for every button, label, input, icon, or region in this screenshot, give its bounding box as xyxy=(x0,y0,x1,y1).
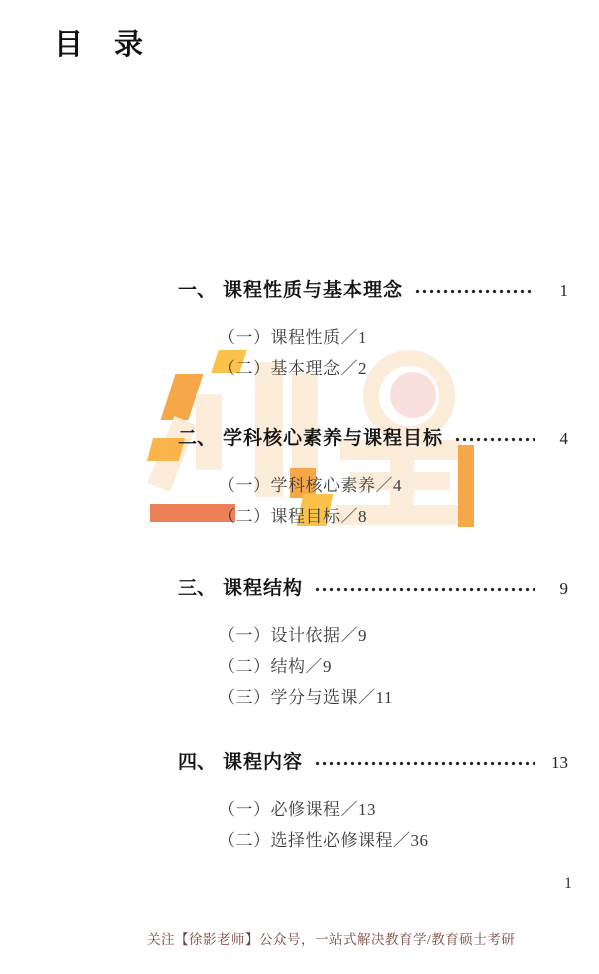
toc-section-1: 一、 课程性质与基本理念 1 （一）课程性质／1 （二）基本理念／2 xyxy=(178,279,568,384)
chapter-page-number: 1 xyxy=(544,280,568,302)
chapter-number: 二、 xyxy=(178,427,223,449)
sub-entry-list: （一）设计依据／9 （二）结构／9 （三）学分与选课／11 xyxy=(178,620,568,713)
toc-sub-entry[interactable]: （二）选择性必修课程／36 xyxy=(218,825,568,856)
dot-leader xyxy=(414,279,535,302)
toc-entry-chapter-2[interactable]: 二、 学科核心素养与课程目标 4 xyxy=(178,427,568,450)
chapter-number: 三、 xyxy=(178,577,223,599)
toc-entry-chapter-1[interactable]: 一、 课程性质与基本理念 1 xyxy=(178,279,568,302)
toc-sub-entry[interactable]: （三）学分与选课／11 xyxy=(218,682,568,713)
dot-leader xyxy=(314,751,535,774)
toc-sub-entry[interactable]: （二）结构／9 xyxy=(218,651,568,682)
chapter-title: 课程结构 xyxy=(223,577,303,599)
sub-entry-list: （一）学科核心素养／4 （二）课程目标／8 xyxy=(178,470,568,532)
chapter-title: 学科核心素养与课程目标 xyxy=(223,427,443,449)
toc-sub-entry[interactable]: （一）课程性质／1 xyxy=(218,322,568,353)
chapter-page-number: 9 xyxy=(544,578,568,600)
toc-sub-entry[interactable]: （一）设计依据／9 xyxy=(218,620,568,651)
toc-sub-entry[interactable]: （一）必修课程／13 xyxy=(218,794,568,825)
chapter-title: 课程内容 xyxy=(223,751,303,773)
chapter-page-number: 13 xyxy=(544,752,568,774)
chapter-page-number: 4 xyxy=(544,428,568,450)
toc-entry-chapter-4[interactable]: 四、 课程内容 13 xyxy=(178,751,568,774)
toc-entry-chapter-3[interactable]: 三、 课程结构 9 xyxy=(178,577,568,600)
dot-leader xyxy=(314,577,535,600)
toc-sub-entry[interactable]: （二）课程目标／8 xyxy=(218,501,568,532)
toc-sub-entry[interactable]: （一）学科核心素养／4 xyxy=(218,470,568,501)
footer-promo-text: 关注【徐影老师】公众号，一站式解决教育学/教育硕士考研 xyxy=(147,928,515,948)
sub-entry-list: （一）课程性质／1 （二）基本理念／2 xyxy=(178,322,568,384)
toc-sub-entry[interactable]: （二）基本理念／2 xyxy=(218,353,568,384)
page-title: 目 录 xyxy=(54,22,144,63)
toc-section-4: 四、 课程内容 13 （一）必修课程／13 （二）选择性必修课程／36 xyxy=(178,751,568,856)
chapter-number: 一、 xyxy=(178,279,223,301)
chapter-title: 课程性质与基本理念 xyxy=(223,279,403,301)
toc-section-3: 三、 课程结构 9 （一）设计依据／9 （二）结构／9 （三）学分与选课／11 xyxy=(178,577,568,713)
sub-entry-list: （一）必修课程／13 （二）选择性必修课程／36 xyxy=(178,794,568,856)
page-number: 1 xyxy=(548,875,572,893)
dot-leader xyxy=(454,427,535,450)
chapter-number: 四、 xyxy=(178,751,223,773)
toc-section-2: 二、 学科核心素养与课程目标 4 （一）学科核心素养／4 （二）课程目标／8 xyxy=(178,427,568,532)
